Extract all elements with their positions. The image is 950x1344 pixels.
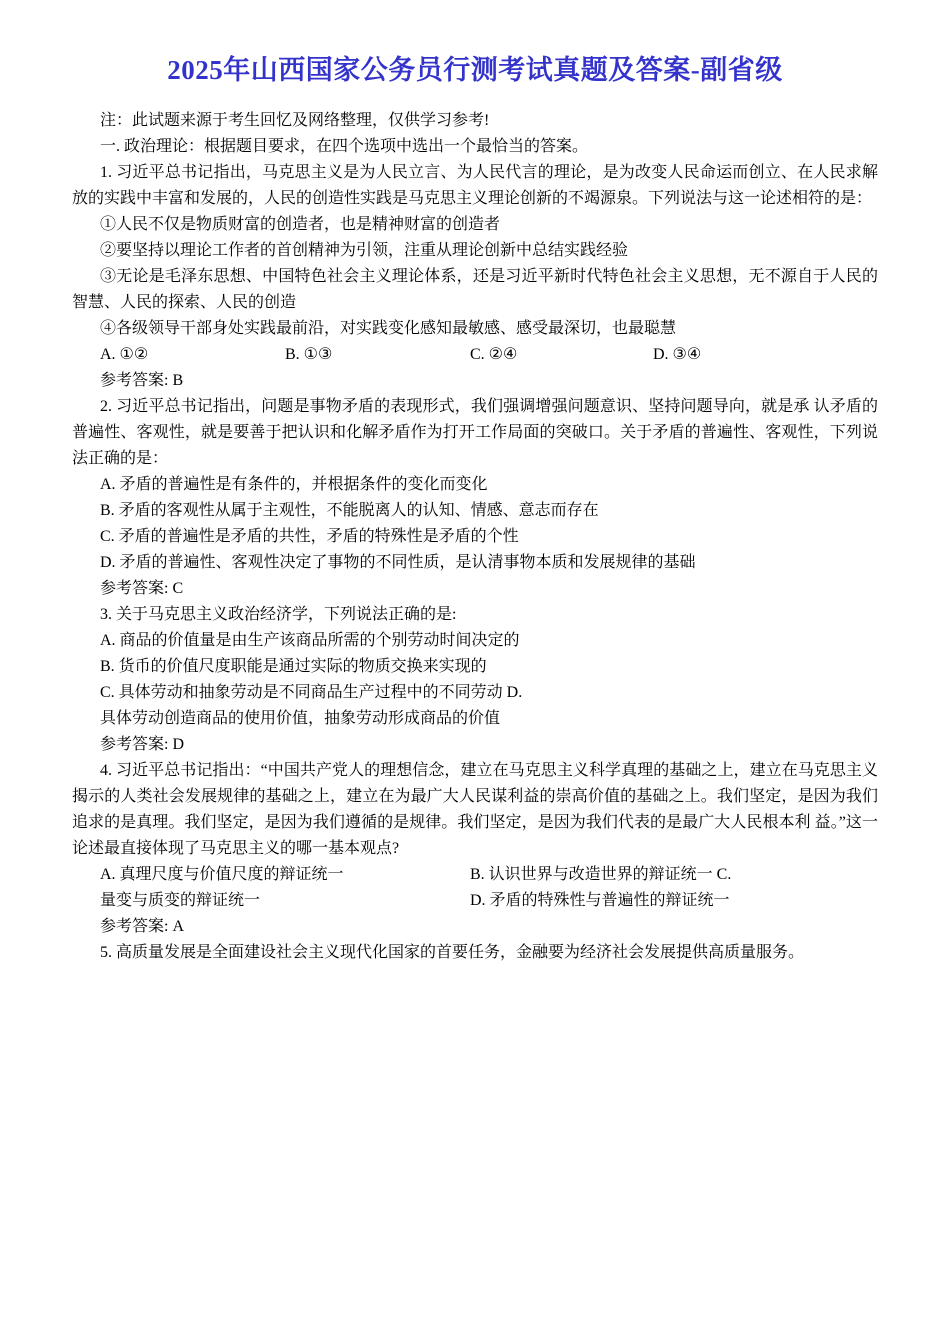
question-1-option-b: B. ①③ xyxy=(285,342,470,368)
question-3-option-a: A. 商品的价值量是由生产该商品所需的个别劳动时间决定的 xyxy=(72,628,878,654)
section-heading: 一. 政治理论：根据题目要求，在四个选项中选出一个最恰当的答案。 xyxy=(72,134,878,160)
question-1-statement-4: ④各级领导干部身处实践最前沿，对实践变化感知最敏感、感受最深切，也最聪慧 xyxy=(72,316,878,342)
question-1-option-d: D. ③④ xyxy=(653,342,878,368)
question-4-answer: 参考答案: A xyxy=(72,914,878,940)
question-2-option-a: A. 矛盾的普遍性是有条件的，并根据条件的变化而变化 xyxy=(72,472,878,498)
question-4-stem: 4. 习近平总书记指出：“中国共产党人的理想信念，建立在马克思主义科学真理的基础… xyxy=(72,758,878,862)
document-body: 注：此试题来源于考生回忆及网络整理，仅供学习参考! 一. 政治理论：根据题目要求… xyxy=(0,90,950,966)
question-4-options-row-1: A. 真理尺度与价值尺度的辩证统一 B. 认识世界与改造世界的辩证统一 C. xyxy=(72,862,878,888)
question-3-stem: 3. 关于马克思主义政治经济学，下列说法正确的是: xyxy=(72,602,878,628)
question-1-stem: 1. 习近平总书记指出，马克思主义是为人民立言、为人民代言的理论，是为改变人民命… xyxy=(72,160,878,212)
question-3-option-b: B. 货币的价值尺度职能是通过实际的物质交换来实现的 xyxy=(72,654,878,680)
question-1-statement-1: ①人民不仅是物质财富的创造者，也是精神财富的创造者 xyxy=(72,212,878,238)
question-1-answer: 参考答案: B xyxy=(72,368,878,394)
question-2-option-d: D. 矛盾的普遍性、客观性决定了事物的不同性质，是认清事物本质和发展规律的基础 xyxy=(72,550,878,576)
question-4-option-d: D. 矛盾的特殊性与普遍性的辩证统一 xyxy=(470,888,878,914)
question-1-option-a: A. ①② xyxy=(100,342,285,368)
question-1-statement-3: ③无论是毛泽东思想、中国特色社会主义理论体系，还是习近平新时代特色社会主义思想，… xyxy=(72,264,878,316)
question-3-option-c: C. 具体劳动和抽象劳动是不同商品生产过程中的不同劳动 D. xyxy=(72,680,878,706)
question-1-statement-2: ②要坚持以理论工作者的首创精神为引领，注重从理论创新中总结实践经验 xyxy=(72,238,878,264)
note-line: 注：此试题来源于考生回忆及网络整理，仅供学习参考! xyxy=(72,108,878,134)
question-2-option-c: C. 矛盾的普遍性是矛盾的共性，矛盾的特殊性是矛盾的个性 xyxy=(72,524,878,550)
question-2-option-b: B. 矛盾的客观性从属于主观性，不能脱离人的认知、情感、意志而存在 xyxy=(72,498,878,524)
question-3-answer: 参考答案: D xyxy=(72,732,878,758)
question-1-option-c: C. ②④ xyxy=(470,342,653,368)
question-1-options-row: A. ①② B. ①③ C. ②④ D. ③④ xyxy=(72,342,878,368)
question-4-option-b: B. 认识世界与改造世界的辩证统一 C. xyxy=(470,862,878,888)
question-2-stem: 2. 习近平总书记指出，问题是事物矛盾的表现形式，我们强调增强问题意识、坚持问题… xyxy=(72,394,878,472)
page-title: 2025年山西国家公务员行测考试真题及答案-副省级 xyxy=(0,0,950,90)
question-3-option-d-continuation: 具体劳动创造商品的使用价值，抽象劳动形成商品的价值 xyxy=(72,706,878,732)
question-5-stem: 5. 高质量发展是全面建设社会主义现代化国家的首要任务，金融要为经济社会发展提供… xyxy=(72,940,878,966)
document-page: 2025年山西国家公务员行测考试真题及答案-副省级 注：此试题来源于考生回忆及网… xyxy=(0,0,950,1344)
question-4-options-row-2: 量变与质变的辩证统一 D. 矛盾的特殊性与普遍性的辩证统一 xyxy=(72,888,878,914)
question-4-option-c-continuation: 量变与质变的辩证统一 xyxy=(100,888,470,914)
question-2-answer: 参考答案: C xyxy=(72,576,878,602)
question-4-option-a: A. 真理尺度与价值尺度的辩证统一 xyxy=(100,862,470,888)
